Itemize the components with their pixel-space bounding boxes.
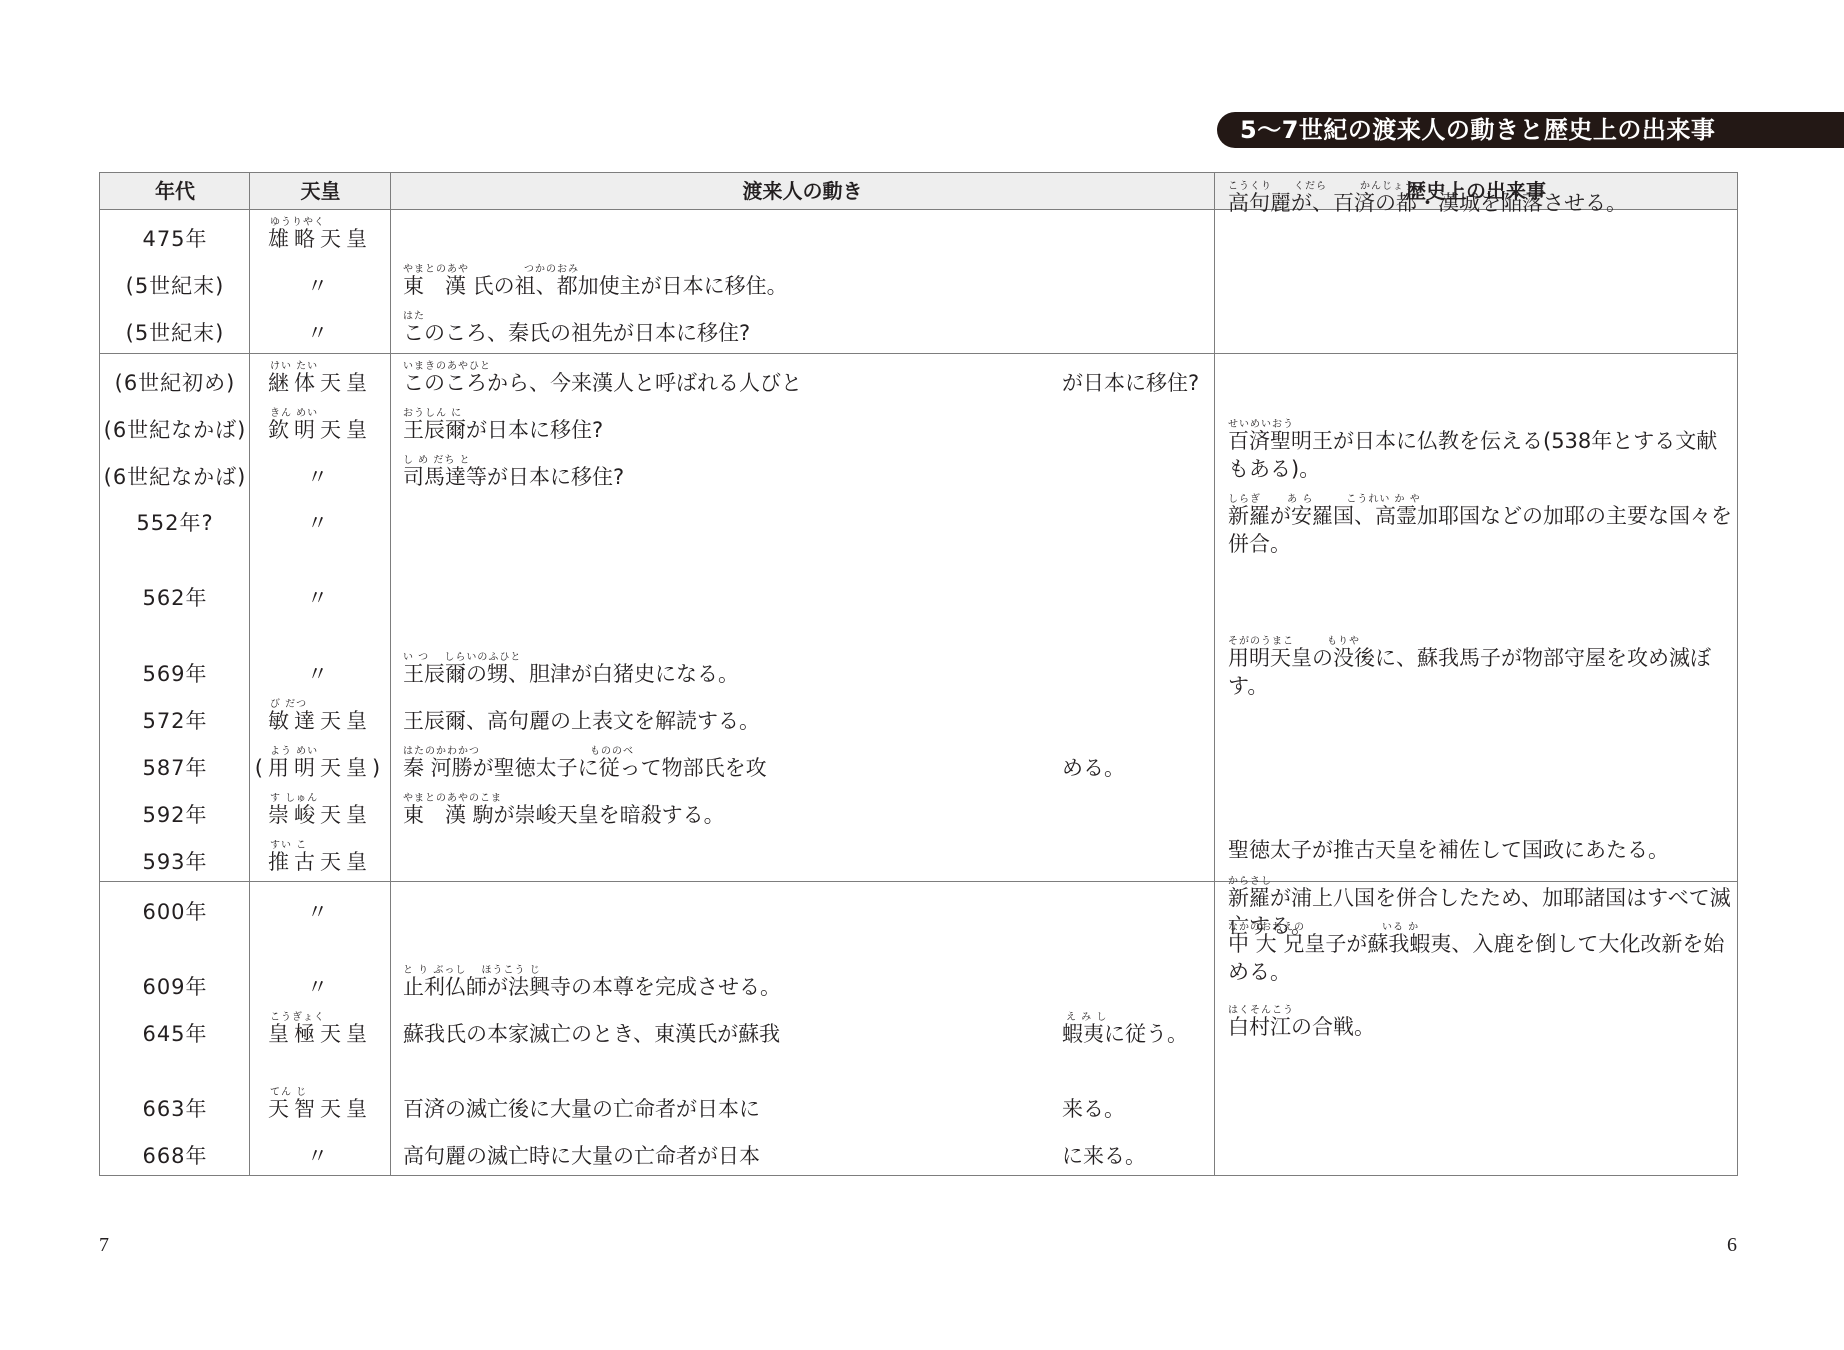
migration-cell: 王辰爾の甥、胆津が白猪史になる。 [403,660,739,688]
year-cell: 587年 [100,754,250,782]
year-cell: (5世紀末) [100,272,250,300]
furigana: す しゅん [270,789,318,804]
emperor-cell: 推古天皇 [250,848,390,876]
year-cell: (6世紀初め) [100,369,250,397]
migration-cell: 東 漢 駒が崇峻天皇を暗殺する。 [403,801,725,829]
emperor-cell: 〃 [250,319,390,347]
year-cell: (6世紀なかば) [100,463,250,491]
furigana: せいめいおう [1228,415,1294,430]
emperor-cell: 皇極天皇 [250,1020,390,1048]
migration-tail-cell: 蝦夷に従う。 [1062,1020,1188,1048]
furigana: ゆうりやく [270,213,325,228]
migration-tail-cell: 来る。 [1062,1095,1125,1123]
furigana: いまきのあやひと [403,357,491,372]
year-cell: (6世紀なかば) [100,416,250,444]
year-cell: 668年 [100,1142,250,1170]
furigana: はたのかわかつ もののべ [403,742,634,757]
furigana: やまとのあやのこま [403,789,502,804]
header-emperor: 天皇 [250,173,391,209]
column-divider [390,173,391,1175]
migration-cell: 百済の滅亡後に大量の亡命者が日本に [403,1095,760,1123]
emperor-cell: 継体天皇 [250,369,390,397]
history-table: 年代 天皇 渡来人の動き 歴史上の出来事 475年雄略天皇ゆうりやく高句麗が、百… [99,172,1738,1176]
emperor-cell: 敏達天皇 [250,707,390,735]
group-divider [100,353,1737,354]
furigana: び だつ [270,695,307,710]
event-cell: 聖徳太子が推古天皇を補佐して国政にあたる。 [1228,836,1733,864]
furigana: こうぎょく [270,1008,325,1023]
emperor-cell: 〃 [250,584,390,612]
year-cell: 645年 [100,1020,250,1048]
emperor-cell: 〃 [250,272,390,300]
year-cell: 593年 [100,848,250,876]
migration-cell: 秦 河勝が聖徳太子に従って物部氏を攻 [403,754,767,782]
emperor-cell: 〃 [250,898,390,926]
furigana: し め だち と [403,451,471,466]
group-divider [100,881,1737,882]
migration-cell: 高句麗の滅亡時に大量の亡命者が日本 [403,1142,760,1170]
furigana: すい こ [270,836,307,851]
furigana: え み し [1066,1008,1107,1023]
year-cell: 572年 [100,707,250,735]
furigana: やまとのあや つかのおみ [403,260,579,275]
year-cell: 663年 [100,1095,250,1123]
year-cell: 562年 [100,584,250,612]
furigana: てん じ [270,1083,307,1098]
year-cell: (5世紀末) [100,319,250,347]
furigana: けい たい [270,357,318,372]
furigana: おうしん に [403,404,462,419]
migration-tail-cell: が日本に移住? [1062,369,1199,397]
column-divider [1214,173,1215,1175]
emperor-cell: 〃 [250,463,390,491]
emperor-cell: 〃 [250,973,390,1001]
furigana: はた [403,307,425,322]
year-cell: 600年 [100,898,250,926]
event-cell: 用明天皇の没後に、蘇我馬子が物部守屋を攻め滅ぼす。 [1228,644,1733,700]
year-cell: 569年 [100,660,250,688]
emperor-cell: 〃 [250,509,390,537]
furigana: なかのおおえの いる か [1228,918,1419,933]
year-cell: 592年 [100,801,250,829]
emperor-cell: (用明天皇) [250,754,390,782]
year-cell: 609年 [100,973,250,1001]
migration-cell: 王辰爾、高句麗の上表文を解読する。 [403,707,760,735]
furigana: しらぎ あ ら こうれい か や [1228,490,1421,505]
migration-cell: 蘇我氏の本家滅亡のとき、東漢氏が蘇我 [403,1020,780,1048]
event-cell: 百済聖明王が日本に仏教を伝える(538年とする文献もある)。 [1228,427,1733,483]
year-cell: 552年? [100,509,250,537]
page-number-left: 7 [99,1234,109,1257]
furigana: そがのうまこ もりや [1228,632,1360,647]
furigana: い つ しらいのふひと [403,648,521,663]
migration-tail-cell: に来る。 [1062,1142,1146,1170]
furigana: よう めい [270,742,318,757]
migration-tail-cell: める。 [1062,754,1125,782]
page-title: 5～7世紀の渡来人の動きと歴史上の出来事 [1240,113,1715,147]
migration-cell: 止利仏師が法興寺の本尊を完成させる。 [403,973,781,1001]
emperor-cell: 〃 [250,1142,390,1170]
emperor-cell: 崇峻天皇 [250,801,390,829]
event-cell: 白村江の合戦。 [1228,1013,1733,1041]
emperor-cell: 〃 [250,660,390,688]
emperor-cell: 雄略天皇 [250,225,390,253]
year-cell: 475年 [100,225,250,253]
header-migration: 渡来人の動き [391,173,1214,209]
furigana: こうくり くだら かんじょう [1228,177,1415,192]
event-cell: 中 大 兄皇子が蘇我蝦夷、入鹿を倒して大化改新を始める。 [1228,930,1733,986]
migration-cell: このころから、今来漢人と呼ばれる人びと [403,369,802,397]
furigana: からさし [1228,872,1272,887]
event-cell: 新羅が安羅国、高霊加耶国などの加耶の主要な国々を併合。 [1228,502,1733,558]
event-cell: 高句麗が、百済の都・漢城を陥落させる。 [1228,189,1733,217]
header-era: 年代 [100,173,250,209]
page-number-right: 6 [1727,1234,1737,1257]
migration-cell: このころ、秦氏の祖先が日本に移住? [403,319,750,347]
furigana: と り ぶっし ほうこう じ [403,961,541,976]
emperor-cell: 欽明天皇 [250,416,390,444]
furigana: はくそんこう [1228,1001,1294,1016]
emperor-cell: 天智天皇 [250,1095,390,1123]
migration-cell: 司馬達等が日本に移住? [403,463,624,491]
migration-cell: 王辰爾が日本に移住? [403,416,603,444]
furigana: きん めい [270,404,318,419]
migration-cell: 東 漢 氏の祖、都加使主が日本に移住。 [403,272,788,300]
